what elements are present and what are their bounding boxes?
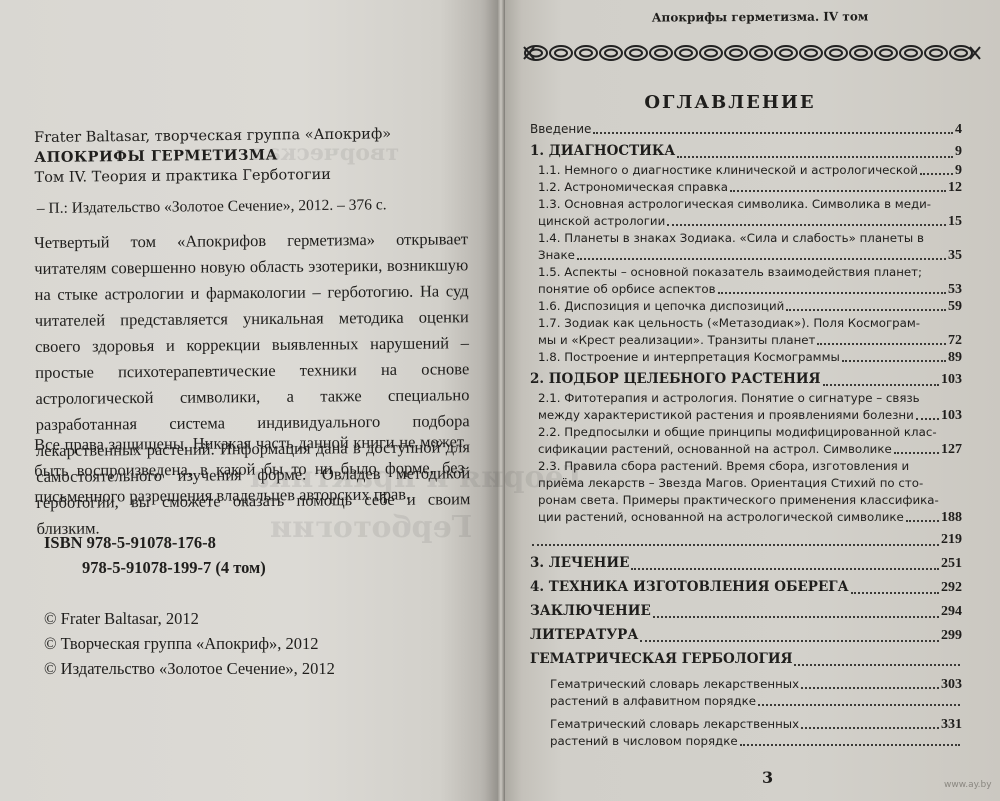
toc-entry-line: 1.7. Зодиак как цельность («Метазодиак»)… <box>538 315 962 332</box>
leader-dots <box>823 384 940 386</box>
toc-page-number: 72 <box>948 332 962 349</box>
volume-title: Том IV. Теория и практика Герботогии <box>34 163 474 188</box>
toc-title: ОГЛАВЛЕНИЕ <box>540 92 920 113</box>
toc-entry[interactable]: 1. ДИАГНОСТИКА9 <box>530 141 962 162</box>
toc-entry[interactable]: 2.1. Фитотерапия и астрология. Понятие о… <box>530 390 962 424</box>
leader-dots <box>653 616 939 618</box>
toc-page-number: 89 <box>948 349 962 366</box>
leader-dots <box>801 727 939 729</box>
toc-entry-title: 2. ПОДБОР ЦЕЛЕБНОГО РАСТЕНИЯ <box>530 369 821 390</box>
toc-entry[interactable]: 2. ПОДБОР ЦЕЛЕБНОГО РАСТЕНИЯ103 <box>530 369 962 390</box>
toc-page-number: 127 <box>941 441 962 458</box>
leader-dots <box>916 418 939 420</box>
toc-page-number: 219 <box>941 529 962 550</box>
toc-page-number: 188 <box>941 509 962 526</box>
toc-entry[interactable]: 1.7. Зодиак как цельность («Метазодиак»)… <box>530 315 962 349</box>
toc-entry-title: 1.6. Диспозиция и цепочка диспозиций <box>538 298 784 315</box>
toc-entry-line: Гематрический словарь лекарственных331 <box>550 716 962 733</box>
toc-entry-title: 2.3. Правила сбора растений. Время сбора… <box>538 458 909 475</box>
toc-entry-line: 1.4. Планеты в знаках Зодиака. «Сила и с… <box>538 230 962 247</box>
leader-dots <box>677 156 953 158</box>
leader-dots <box>640 640 939 642</box>
leader-dots <box>801 687 939 689</box>
toc-page-number: 9 <box>955 162 962 179</box>
leader-dots <box>817 343 946 345</box>
toc-entry-title: ЗАКЛЮЧЕНИЕ <box>530 601 651 622</box>
book-gutter <box>497 0 505 801</box>
toc-entry[interactable]: 2.3. Правила сбора растений. Время сбора… <box>530 458 962 526</box>
toc-entry-title: 1.5. Аспекты – основной показатель взаим… <box>538 264 922 281</box>
toc-entry[interactable]: 1.2. Астрономическая справка12 <box>530 179 962 196</box>
toc-entry-title: понятие об орбисе аспектов <box>538 281 716 298</box>
toc-entry-title: растений в числовом порядке <box>550 733 738 750</box>
leader-dots <box>920 173 953 175</box>
leader-dots <box>794 664 960 666</box>
leader-dots <box>740 744 960 746</box>
rights-notice: Все права защищены. Никакая часть данной… <box>34 429 465 510</box>
leader-dots <box>577 258 946 260</box>
toc-page-number: 299 <box>941 625 962 646</box>
toc-entry-line: 2.3. Правила сбора растений. Время сбора… <box>538 458 962 475</box>
toc-entry-line: 1.3. Основная астрологическая символика.… <box>538 196 962 213</box>
toc-page-number: 12 <box>948 179 962 196</box>
toc-entry-title: приёма лекарств – Звезда Магов. Ориентац… <box>538 475 923 492</box>
rights-text: Все права защищены. Никакая часть данной… <box>34 429 465 510</box>
toc-entry[interactable]: 1.1. Немного о диагностике клинической и… <box>530 162 962 179</box>
toc-entry[interactable]: 1.5. Аспекты – основной показатель взаим… <box>530 264 962 298</box>
isbn-line-2: 978-5-91078-199-7 (4 том) <box>44 555 266 580</box>
toc-page-number: 9 <box>955 141 962 162</box>
leader-dots <box>532 544 939 546</box>
toc-entry-title: 1.8. Построение и интерпретация Космогра… <box>538 349 840 366</box>
toc-entry-title: 2.2. Предпосылки и общие принципы модифи… <box>538 424 937 441</box>
copyright-line: © Frater Baltasar, 2012 <box>44 606 335 631</box>
leader-dots <box>730 190 946 192</box>
toc-entry[interactable]: 1.4. Планеты в знаках Зодиака. «Сила и с… <box>530 230 962 264</box>
toc-entry[interactable]: 1.6. Диспозиция и цепочка диспозиций59 <box>530 298 962 315</box>
toc-entry-title: 1.3. Основная астрологическая символика.… <box>538 196 931 213</box>
toc-page-number: 103 <box>941 407 962 424</box>
toc-entry[interactable]: ЗАКЛЮЧЕНИЕ294 <box>530 601 962 622</box>
toc-entry[interactable]: ЛИТЕРАТУРА299 <box>530 625 962 646</box>
watermark: www.ay.by <box>944 780 992 790</box>
leader-dots <box>894 452 939 454</box>
toc-entry-line: ции растений, основанной на астрологичес… <box>538 509 962 526</box>
toc-entry-title: Гематрический словарь лекарственных <box>550 716 799 733</box>
toc-entry-line: Гематрический словарь лекарственных303 <box>550 676 962 693</box>
toc-page-number: 103 <box>941 369 962 390</box>
toc-entry-title: ЛИТЕРАТУРА <box>530 625 638 646</box>
toc-entry-line: мы и «Крест реализации». Транзиты планет… <box>538 332 962 349</box>
toc-entry-title: 1.7. Зодиак как цельность («Метазодиак»)… <box>538 315 920 332</box>
toc-entry[interactable]: Гематрический словарь лекарственных303ра… <box>530 676 962 710</box>
toc-entry-title: ции растений, основанной на астрологичес… <box>538 509 904 526</box>
toc-entry-title: Гематрический словарь лекарственных <box>550 676 799 693</box>
toc-entry-title: 1.1. Немного о диагностике клинической и… <box>538 162 918 179</box>
toc-entry[interactable]: Гематрический словарь лекарственных331ра… <box>530 716 962 750</box>
toc-entry-line: ронам света. Примеры практического приме… <box>538 492 962 509</box>
toc-entry[interactable]: ГЕМАТРИЧЕСКАЯ ГЕРБОЛОГИЯ <box>530 649 962 670</box>
table-of-contents: Введение41. ДИАГНОСТИКА91.1. Немного о д… <box>530 121 962 750</box>
toc-page-number: 251 <box>941 553 962 574</box>
toc-entry-title: Введение <box>530 121 591 138</box>
toc-entry-title: 3. ЛЕЧЕНИЕ <box>530 553 629 574</box>
toc-entry[interactable]: 4. ТЕХНИКА ИЗГОТОВЛЕНИЯ ОБЕРЕГА292 <box>530 577 962 598</box>
imprint-block: Frater Baltasar, творческая группа «Апок… <box>34 123 475 218</box>
braid-ornament-icon <box>522 42 982 64</box>
book-spread: творческая Теория и практика Герботогии … <box>0 0 1000 801</box>
running-head: Апокрифы герметизма. IV том <box>640 9 880 24</box>
toc-page-number: 59 <box>948 298 962 315</box>
toc-entry-title: 1.4. Планеты в знаках Зодиака. «Сила и с… <box>538 230 924 247</box>
toc-page-number: 53 <box>948 281 962 298</box>
toc-entry[interactable]: Введение4 <box>530 121 962 138</box>
toc-page-number: 331 <box>941 716 962 733</box>
toc-entry-line: понятие об орбисе аспектов53 <box>538 281 962 298</box>
toc-entry[interactable]: 2.2. Предпосылки и общие принципы модифи… <box>530 424 962 458</box>
toc-entry-title: 4. ТЕХНИКА ИЗГОТОВЛЕНИЯ ОБЕРЕГА <box>530 577 849 598</box>
toc-entry-line: сификации растений, основанной на астрол… <box>538 441 962 458</box>
leader-dots <box>758 704 960 706</box>
toc-entry-title: растений в алфавитном порядке <box>550 693 756 710</box>
toc-page-number: 15 <box>948 213 962 230</box>
toc-entry-line: Знаке35 <box>538 247 962 264</box>
toc-entry-line: цинской астрологии15 <box>538 213 962 230</box>
leader-dots <box>667 224 946 226</box>
toc-entry-title: 2.1. Фитотерапия и астрология. Понятие о… <box>538 390 920 407</box>
copyright-line: © Творческая группа «Апокриф», 2012 <box>44 631 335 656</box>
leader-dots <box>786 309 946 311</box>
leader-dots <box>851 592 939 594</box>
isbn-line-1: ISBN 978-5-91078-176-8 <box>44 530 266 555</box>
toc-page-number: 292 <box>941 577 962 598</box>
toc-entry-title: сификации растений, основанной на астрол… <box>538 441 892 458</box>
copyright-block: © Frater Baltasar, 2012 © Творческая гру… <box>44 606 335 681</box>
leader-dots <box>631 568 939 570</box>
copyright-line: © Издательство «Золотое Сечение», 2012 <box>44 656 335 681</box>
toc-entry-title: цинской астрологии <box>538 213 665 230</box>
toc-entry[interactable]: 1.8. Построение и интерпретация Космогра… <box>530 349 962 366</box>
page-number: 3 <box>762 768 773 787</box>
toc-entry-title: мы и «Крест реализации». Транзиты планет <box>538 332 815 349</box>
toc-page-number: 303 <box>941 676 962 693</box>
toc-entry-title: 1. ДИАГНОСТИКА <box>530 141 675 162</box>
toc-entry-line: приёма лекарств – Звезда Магов. Ориентац… <box>538 475 962 492</box>
toc-page-number: 35 <box>948 247 962 264</box>
toc-entry-title: между характеристикой растения и проявле… <box>538 407 914 424</box>
toc-entry-line: 1.5. Аспекты – основной показатель взаим… <box>538 264 962 281</box>
toc-entry-title: ГЕМАТРИЧЕСКАЯ ГЕРБОЛОГИЯ <box>530 649 792 670</box>
toc-page-number: 4 <box>955 121 962 138</box>
toc-entry-line: между характеристикой растения и проявле… <box>538 407 962 424</box>
toc-entry-line: растений в числовом порядке <box>550 733 962 750</box>
toc-page-number: 294 <box>941 601 962 622</box>
toc-entry-title: Знаке <box>538 247 575 264</box>
leader-dots <box>593 132 953 134</box>
toc-entry-line: 2.1. Фитотерапия и астрология. Понятие о… <box>538 390 962 407</box>
leader-dots <box>718 292 946 294</box>
leader-dots <box>842 360 946 362</box>
toc-entry-line: 2.2. Предпосылки и общие принципы модифи… <box>538 424 962 441</box>
toc-entry[interactable]: 3. ЛЕЧЕНИЕ251 <box>530 553 962 574</box>
isbn-block: ISBN 978-5-91078-176-8 978-5-91078-199-7… <box>44 530 266 580</box>
toc-entry-title: ронам света. Примеры практического приме… <box>538 492 939 509</box>
leader-dots <box>906 520 939 522</box>
toc-entry-line: растений в алфавитном порядке <box>550 693 962 710</box>
toc-entry[interactable]: 1.3. Основная астрологическая символика.… <box>530 196 962 230</box>
toc-entry[interactable]: 219 <box>530 529 962 550</box>
toc-entry-title: 1.2. Астрономическая справка <box>538 179 728 196</box>
